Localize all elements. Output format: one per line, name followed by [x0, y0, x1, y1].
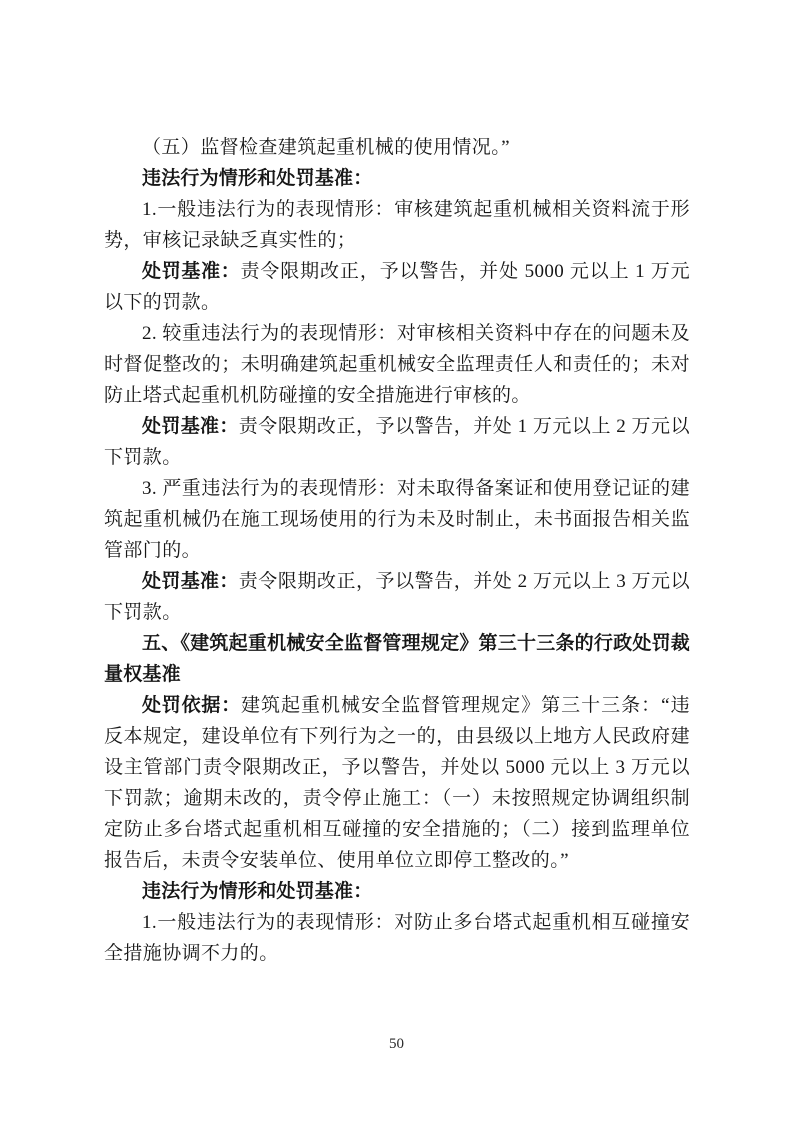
penalty-basis-article-33: 处罚依据：建筑起重机械安全监督管理规定》第三十三条：“违反本规定，建设单位有下列… [104, 690, 690, 876]
paragraph-text: （五）监督检查建筑起重机械的使用情况。” [142, 137, 510, 158]
heading-violation-penalty-standards-1: 违法行为情形和处罚基准： [104, 163, 690, 194]
clause-5-supervision-text: （五）监督检查建筑起重机械的使用情况。” [104, 132, 690, 163]
paragraph-text: 3. 严重违法行为的表现情形：对未取得备案证和使用登记证的建筑起重机械仍在施工现… [104, 478, 690, 561]
paragraph-lead: 违法行为情形和处罚基准： [142, 168, 372, 189]
item-1-general-violation: 1.一般违法行为的表现情形：审核建筑起重机械相关资料流于形势，审核记录缺乏真实性… [104, 194, 690, 256]
page-number: 50 [0, 1035, 793, 1053]
paragraph-lead: 五、《建筑起重机械安全监督管理规定》第三十三条的行政处罚裁量权基准 [104, 633, 690, 685]
paragraph-lead: 处罚基准： [142, 571, 239, 592]
paragraph-text: 2. 较重违法行为的表现情形：对审核相关资料中存在的问题未及时督促整改的；未明确… [104, 323, 690, 406]
document-page: （五）监督检查建筑起重机械的使用情况。” 违法行为情形和处罚基准： 1.一般违法… [0, 0, 793, 1122]
paragraph-lead: 处罚基准： [142, 416, 239, 437]
penalty-standard-1: 处罚基准：责令限期改正，予以警告，并处 5000 元以上 1 万元以下的罚款。 [104, 256, 690, 318]
paragraph-lead: 处罚依据： [142, 695, 241, 716]
penalty-standard-3: 处罚基准：责令限期改正，予以警告，并处 2 万元以上 3 万元以下罚款。 [104, 566, 690, 628]
item-2-serious-violation: 2. 较重违法行为的表现情形：对审核相关资料中存在的问题未及时督促整改的；未明确… [104, 318, 690, 411]
paragraph-text: 建筑起重机械安全监督管理规定》第三十三条：“违反本规定，建设单位有下列行为之一的… [104, 695, 690, 871]
paragraph-text: 1.一般违法行为的表现情形：审核建筑起重机械相关资料流于形势，审核记录缺乏真实性… [104, 199, 690, 251]
item-3-severe-violation: 3. 严重违法行为的表现情形：对未取得备案证和使用登记证的建筑起重机械仍在施工现… [104, 473, 690, 566]
item-1-general-violation-2: 1.一般违法行为的表现情形：对防止多台塔式起重机相互碰撞安全措施协调不力的。 [104, 907, 690, 969]
heading-violation-penalty-standards-2: 违法行为情形和处罚基准： [104, 876, 690, 907]
document-body: （五）监督检查建筑起重机械的使用情况。” 违法行为情形和处罚基准： 1.一般违法… [104, 132, 690, 969]
paragraph-lead: 处罚基准： [142, 261, 240, 282]
paragraph-lead: 违法行为情形和处罚基准： [142, 881, 372, 902]
paragraph-text: 1.一般违法行为的表现情形：对防止多台塔式起重机相互碰撞安全措施协调不力的。 [104, 912, 690, 964]
penalty-standard-2: 处罚基准：责令限期改正，予以警告，并处 1 万元以上 2 万元以下罚款。 [104, 411, 690, 473]
section-5-heading-article-33: 五、《建筑起重机械安全监督管理规定》第三十三条的行政处罚裁量权基准 [104, 628, 690, 690]
